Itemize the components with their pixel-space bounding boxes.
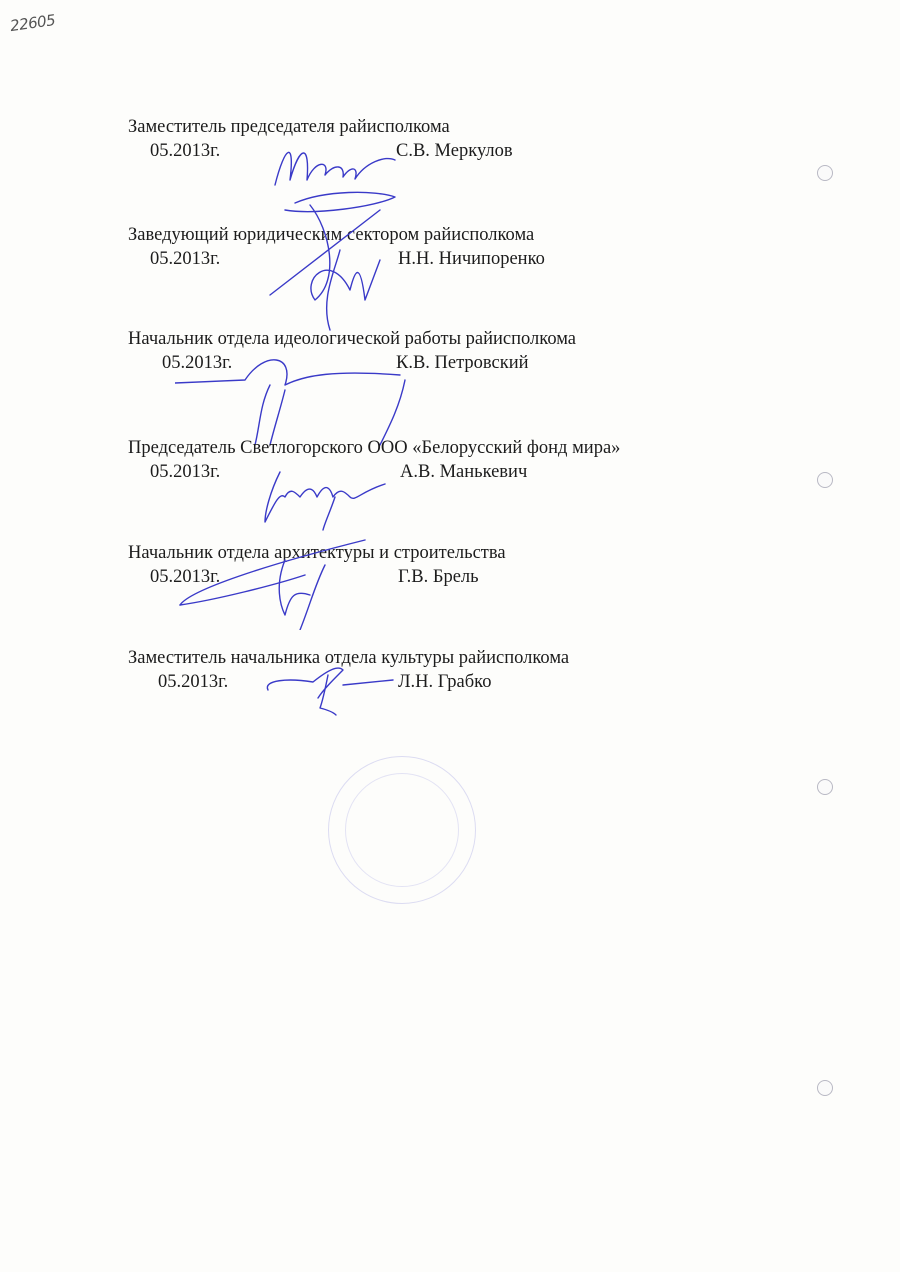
signatory-date: 05.2013г.: [150, 566, 220, 588]
signatory-block-1: Заместитель председателя райисполкома 05…: [128, 116, 808, 162]
signatory-block-4: Председатель Светлогорского ООО «Белорус…: [128, 437, 808, 483]
signatory-date: 05.2013г.: [150, 461, 220, 483]
signatory-title: Заместитель председателя райисполкома: [128, 116, 808, 138]
punch-hole: [817, 779, 833, 795]
signatory-title: Начальник отдела идеологической работы р…: [128, 328, 808, 350]
signatory-block-5: Начальник отдела архитектуры и строитель…: [128, 542, 808, 588]
signatory-name: К.В. Петровский: [396, 352, 529, 374]
signatory-title: Заведующий юридическим сектором райиспол…: [128, 224, 808, 246]
punch-hole: [817, 472, 833, 488]
signatory-block-2: Заведующий юридическим сектором райиспол…: [128, 224, 808, 270]
signatory-name: С.В. Меркулов: [396, 140, 513, 162]
signatory-block-6: Заместитель начальника отдела культуры р…: [128, 647, 808, 693]
signatory-name: Л.Н. Грабко: [398, 671, 492, 693]
signatory-name: А.В. Манькевич: [400, 461, 527, 483]
signatory-block-3: Начальник отдела идеологической работы р…: [128, 328, 808, 374]
punch-hole: [817, 1080, 833, 1096]
signatory-date: 05.2013г.: [150, 248, 220, 270]
signatory-date: 05.2013г.: [162, 352, 232, 374]
signatory-title: Начальник отдела архитектуры и строитель…: [128, 542, 808, 564]
signatory-name: Г.В. Брель: [398, 566, 479, 588]
signatory-date: 05.2013г.: [150, 140, 220, 162]
signatory-name: Н.Н. Ничипоренко: [398, 248, 545, 270]
signatory-title: Заместитель начальника отдела культуры р…: [128, 647, 808, 669]
handwritten-page-number: 22605: [9, 11, 56, 35]
signatory-date: 05.2013г.: [158, 671, 228, 693]
official-stamp: [328, 756, 476, 904]
signatory-title: Председатель Светлогорского ООО «Белорус…: [128, 437, 808, 459]
punch-hole: [817, 165, 833, 181]
